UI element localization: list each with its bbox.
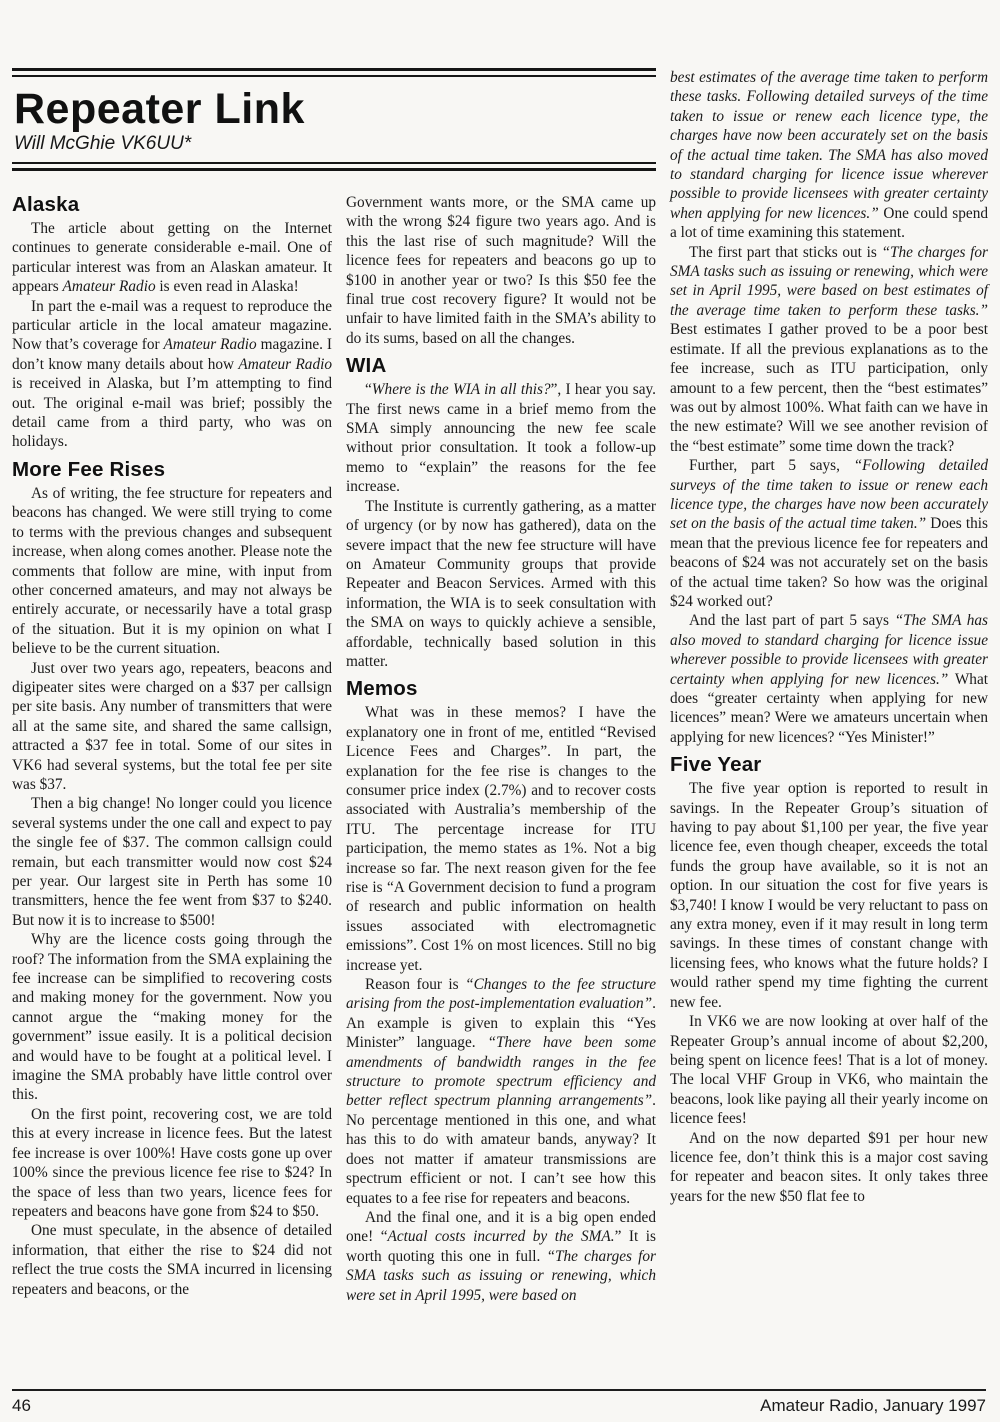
- paragraph: “Where is the WIA in all this?”, I hear …: [346, 380, 656, 496]
- paragraph: One must speculate, in the absence of de…: [12, 1221, 332, 1299]
- article-title: Repeater Link: [14, 86, 656, 132]
- paragraph: Reason four is “Changes to the fee struc…: [346, 975, 656, 1208]
- paragraph: Just over two years ago, repeaters, beac…: [12, 659, 332, 795]
- paragraph: The five year option is reported to resu…: [670, 779, 988, 1012]
- paragraph: In part the e-mail was a request to repr…: [12, 297, 332, 452]
- section-heading: Memos: [346, 677, 656, 700]
- masthead-top-rule: [12, 68, 656, 77]
- page-number: 46: [12, 1396, 31, 1416]
- paragraph: Government wants more, or the SMA came u…: [346, 193, 656, 348]
- text-column-3: best estimates of the average time taken…: [670, 68, 988, 1422]
- paragraph: Then a big change! No longer could you l…: [12, 794, 332, 930]
- section-heading: More Fee Rises: [12, 458, 332, 481]
- text-column-1: AlaskaThe article about getting on the I…: [12, 193, 332, 1422]
- masthead-bottom-rule: [12, 162, 656, 171]
- text-column-2: Government wants more, or the SMA came u…: [346, 193, 656, 1422]
- paragraph: What was in these memos? I have the expl…: [346, 703, 656, 975]
- paragraph: As of writing, the fee structure for rep…: [12, 484, 332, 659]
- paragraph: And the last part of part 5 says “The SM…: [670, 611, 988, 747]
- section-heading: Alaska: [12, 193, 332, 216]
- paragraph: The Institute is currently gathering, as…: [346, 497, 656, 672]
- paragraph: best estimates of the average time taken…: [670, 68, 988, 243]
- paragraph: On the first point, recovering cost, we …: [12, 1105, 332, 1221]
- paragraph: The first part that sticks out is “The c…: [670, 243, 988, 456]
- magazine-page: Repeater Link Will McGhie VK6UU* AlaskaT…: [0, 0, 1000, 1422]
- page-footer: 46 Amateur Radio, January 1997: [12, 1389, 986, 1416]
- paragraph: And the final one, and it is a big open …: [346, 1208, 656, 1305]
- article-masthead: Repeater Link Will McGhie VK6UU*: [12, 68, 656, 171]
- paragraph: And on the now departed $91 per hour new…: [670, 1129, 988, 1207]
- paragraph: Further, part 5 says, “Following detaile…: [670, 456, 988, 611]
- journal-issue-label: Amateur Radio, January 1997: [760, 1396, 986, 1416]
- article-byline: Will McGhie VK6UU*: [14, 133, 656, 155]
- paragraph: Why are the licence costs going through …: [12, 930, 332, 1105]
- section-heading: Five Year: [670, 753, 988, 776]
- paragraph: In VK6 we are now looking at over half o…: [670, 1012, 988, 1128]
- paragraph: The article about getting on the Interne…: [12, 219, 332, 297]
- section-heading: WIA: [346, 354, 656, 377]
